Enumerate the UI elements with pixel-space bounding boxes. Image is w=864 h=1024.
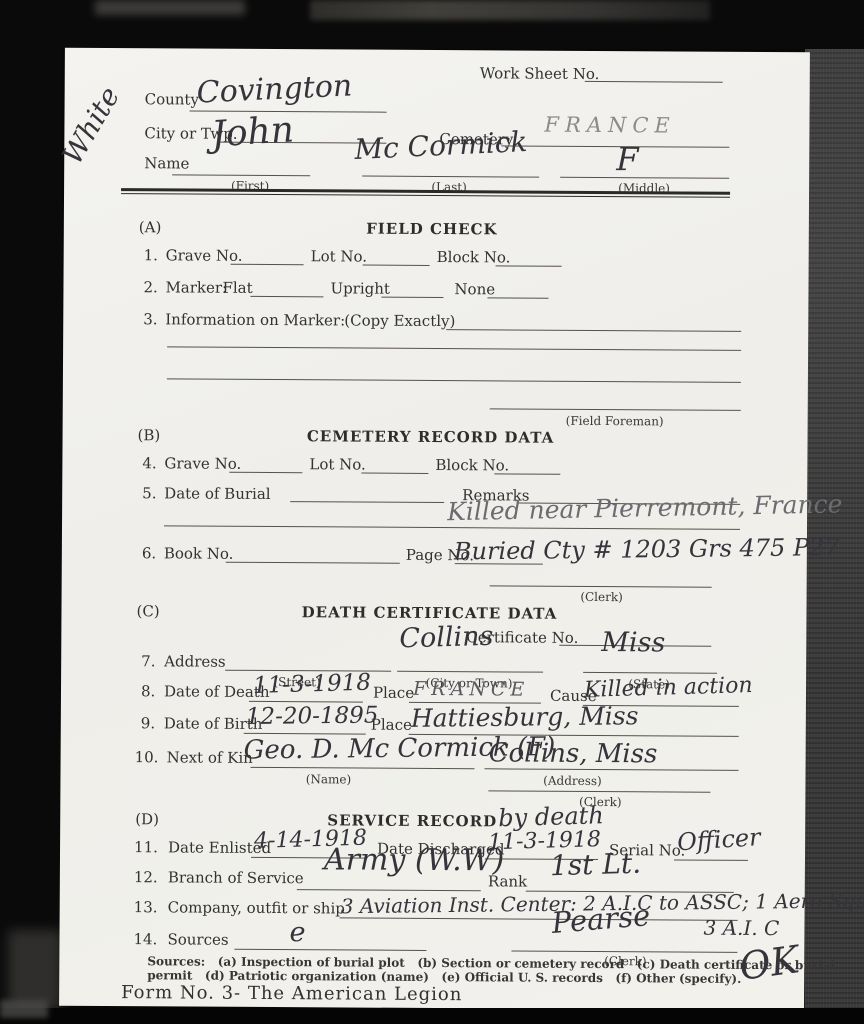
name-first-handwritten: John	[210, 112, 295, 153]
marker-info-blank-line-2	[167, 378, 741, 383]
section-b-title: CEMETERY RECORD DATA	[307, 427, 554, 447]
section-b-clerk-sublabel: (Clerk)	[580, 590, 623, 604]
marker-info-blank-line-1	[167, 346, 741, 351]
item4-block-no-blank	[494, 473, 560, 474]
item3-copy-exactly-label: (Copy Exactly)	[344, 311, 455, 330]
remarks-handwritten-value: Killed near Pierremont, France	[447, 491, 843, 524]
item5-date-of-burial-blank	[290, 501, 444, 503]
item11-serial-blank	[674, 859, 748, 860]
rank-handwritten-value: 1st Lt.	[550, 850, 642, 881]
item1-num: 1.	[144, 246, 158, 264]
place-of-birth-handwritten-value: Hattiesburg, Miss	[411, 703, 639, 731]
item1-block-no-blank	[496, 265, 562, 266]
item4-lot-no-label: Lot No.	[309, 455, 366, 473]
item14-clerk-signature-blank	[511, 950, 737, 952]
item4-block-no-label: Block No.	[435, 456, 509, 474]
scan-left-background	[0, 0, 62, 1024]
field-foreman-sublabel: (Field Foreman)	[566, 414, 664, 429]
item2-num: 2.	[143, 278, 157, 296]
name-label: Name	[144, 154, 189, 172]
item1-grave-no-blank	[231, 264, 304, 265]
item10-name-blank	[251, 767, 475, 769]
section-a-title: FIELD CHECK	[366, 220, 498, 239]
item2-marker-label: Marker:	[165, 278, 227, 296]
scan-top-smudge	[95, 0, 245, 15]
section-c-clerk-blank	[488, 790, 710, 792]
item12-branch-label: Branch of Service	[168, 868, 304, 887]
item2-flat-blank	[250, 296, 323, 297]
field-foreman-signature-blank	[490, 408, 741, 411]
item9-num: 9.	[141, 714, 155, 732]
address-sublabel: (Address)	[543, 774, 602, 788]
clerk-signature-handwritten-value: Pearse	[551, 901, 652, 938]
work-sheet-no-blank	[585, 81, 723, 83]
scan-bottom-background	[0, 1008, 864, 1024]
item7-num: 7.	[141, 652, 155, 670]
scan-bottom-left-smudge	[8, 930, 62, 1010]
item2-upright-label: Upright	[330, 279, 390, 297]
section-c-title: DEATH CERTIFICATE DATA	[302, 603, 558, 623]
item10-next-of-kin-label: Next of Kin	[167, 748, 253, 767]
name-first-blank	[172, 174, 310, 176]
item5-date-of-burial-label: Date of Burial	[164, 484, 270, 503]
section-b-id: (B)	[138, 426, 161, 444]
serial-no-handwritten-value: Officer	[676, 825, 761, 854]
form-page: White Work Sheet No. County Covington Ci…	[59, 48, 810, 1011]
item1-lot-no-label: Lot No.	[311, 247, 368, 265]
item7-address-label: Address	[164, 652, 226, 670]
item8-num: 8.	[141, 682, 155, 700]
section-a-id: (A)	[139, 218, 162, 236]
item4-grave-no-blank	[229, 472, 302, 473]
item14-sources-blank	[234, 949, 426, 951]
form-number-label: Form No. 3- The American Legion	[121, 982, 462, 1005]
name-middle-blank	[560, 177, 729, 179]
address-city-handwritten-value: Collins	[399, 623, 494, 653]
item13-num: 13.	[134, 898, 158, 916]
name-last-blank	[362, 176, 539, 178]
date-of-death-handwritten-value: 11-3-1918	[253, 672, 372, 698]
item3-label: Information on Marker:	[165, 310, 345, 329]
item6-book-no-blank	[226, 562, 400, 564]
section-c-id: (C)	[136, 602, 159, 620]
item5-num: 5.	[142, 484, 156, 502]
item6-book-no-label: Book No.	[164, 544, 234, 562]
item4-num: 4.	[142, 454, 156, 472]
item2-flat-label: Flat	[222, 279, 252, 297]
item12-num: 12.	[134, 868, 158, 886]
name-middle-handwritten: F	[616, 143, 638, 175]
item7-state-blank	[583, 672, 717, 674]
name-last-handwritten: Mc Cormick	[354, 128, 528, 164]
cemetery-blank	[501, 145, 729, 147]
item1-grave-no-label: Grave No.	[166, 246, 243, 264]
item10-num: 10.	[135, 748, 159, 766]
cause-of-death-handwritten-value: Killed in action	[584, 675, 753, 702]
section-d-title-handwritten-note: by death	[498, 803, 604, 830]
section-d-id: (D)	[135, 810, 159, 828]
item3-blank	[446, 329, 741, 332]
county-handwritten-value: Covington	[196, 71, 353, 108]
next-of-kin-address-handwritten-value: Collins, Miss	[489, 740, 658, 767]
item2-none-blank	[487, 297, 548, 298]
item14-num: 14.	[133, 930, 157, 948]
place-of-death-handwritten-value: FRANCE	[413, 680, 529, 700]
item13-company-blank	[340, 917, 738, 920]
scan-top-brush-mark	[310, 0, 710, 20]
sources-handwritten-value: e	[289, 919, 305, 946]
work-sheet-no-label: Work Sheet No.	[480, 64, 600, 83]
scan-bottom-left-streak	[0, 1000, 48, 1018]
address-state-handwritten-value: Miss	[601, 629, 665, 656]
cemetery-handwritten-value: FRANCE	[544, 115, 675, 137]
item1-lot-no-blank	[363, 265, 430, 266]
item12-branch-blank	[297, 889, 481, 891]
item2-upright-blank	[381, 297, 443, 298]
item1-block-no-label: Block No.	[437, 248, 511, 266]
name-sublabel: (Name)	[306, 772, 352, 786]
item4-lot-no-blank	[361, 473, 428, 474]
company-handwritten-value-line2: 3 A.I. C	[704, 918, 780, 938]
item13-company-label: Company, outfit or ship	[168, 898, 345, 917]
item7-city-blank	[397, 671, 543, 673]
date-of-birth-handwritten-value: 12-20-1895	[246, 705, 379, 730]
item3-num: 3.	[143, 310, 157, 328]
item4-grave-no-label: Grave No.	[164, 454, 241, 472]
item6-num: 6.	[142, 544, 156, 562]
item2-none-label: None	[454, 280, 495, 298]
section-b-clerk-blank	[490, 585, 712, 587]
handwritten-margin-note-white: White	[58, 83, 124, 169]
item8-place-label: Place	[373, 684, 414, 702]
county-label: County	[145, 90, 199, 108]
item11-num: 11.	[134, 838, 158, 856]
page-no-handwritten-value: Buried Cty # 1203 Grs 475 P27	[454, 535, 840, 563]
handwritten-margin-note-ok: OK	[737, 940, 801, 986]
branch-of-service-handwritten-value: Army (W.W)	[324, 845, 504, 876]
item14-sources-label: Sources	[167, 930, 228, 948]
